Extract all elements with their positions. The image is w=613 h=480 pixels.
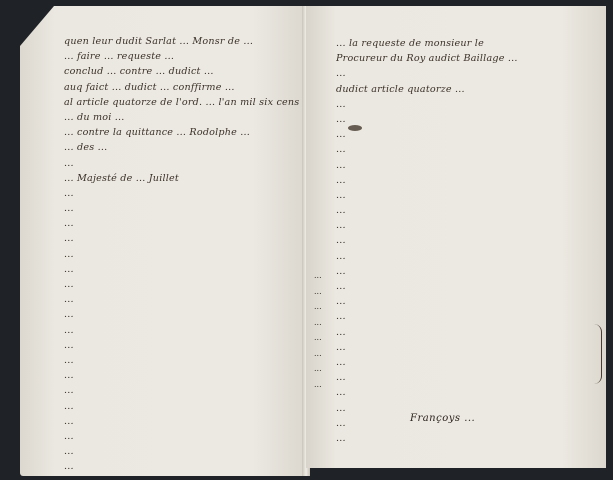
- manuscript-line: ...: [336, 188, 586, 203]
- manuscript-line: ...: [64, 338, 300, 353]
- manuscript-line: ...: [64, 156, 300, 171]
- manuscript-line: Procureur du Roy audict Baillage ...: [336, 51, 586, 66]
- manuscript-line: ...: [336, 112, 586, 127]
- manuscript-line: ...: [336, 249, 586, 264]
- right-page: ... la requeste de monsieur leProcureur …: [306, 6, 606, 468]
- margin-bracket: [593, 324, 602, 384]
- manuscript-line: ...: [64, 414, 300, 429]
- manuscript-line: ... faire ... requeste ...: [64, 49, 300, 64]
- left-page-text: quen leur dudit Sarlat ... Monsr de ....…: [64, 34, 300, 474]
- signature: Françoys ...: [410, 413, 475, 424]
- manuscript-line: ...: [336, 233, 586, 248]
- manuscript-line: ...: [64, 277, 300, 292]
- manuscript-line: ...: [336, 203, 586, 218]
- left-page: quen leur dudit Sarlat ... Monsr de ....…: [20, 6, 310, 476]
- margin-note: ...: [314, 330, 404, 346]
- margin-note: ...: [314, 315, 404, 331]
- margin-notes: ........................: [314, 268, 404, 392]
- manuscript-line: ...: [64, 307, 300, 322]
- manuscript-line: ...: [64, 429, 300, 444]
- manuscript-line: dudict article quatorze ...: [336, 82, 586, 97]
- manuscript-line: ...: [64, 323, 300, 338]
- manuscript-line: ... la requeste de monsieur le: [336, 36, 586, 51]
- manuscript-line: ...: [64, 353, 300, 368]
- manuscript-line: ... Majesté de ... Juillet: [64, 171, 300, 186]
- manuscript-line: ...: [336, 66, 586, 81]
- manuscript-line: ...: [336, 173, 586, 188]
- manuscript-line: ...: [336, 97, 586, 112]
- manuscript-line: ...: [64, 399, 300, 414]
- manuscript-line: ...: [64, 368, 300, 383]
- manuscript-line: ...: [64, 186, 300, 201]
- manuscript-line: ...: [64, 383, 300, 398]
- manuscript-line: auq faict ... dudict ... conffirme ...: [64, 80, 300, 95]
- manuscript-line: ...: [64, 231, 300, 246]
- manuscript-line: ...: [336, 127, 586, 142]
- margin-note: ...: [314, 299, 404, 315]
- manuscript-line: ...: [64, 444, 300, 459]
- manuscript-line: conclud ... contre ... dudict ...: [64, 64, 300, 79]
- manuscript-line: quen leur dudit Sarlat ... Monsr de ...: [64, 34, 300, 49]
- manuscript-line: ...: [336, 158, 586, 173]
- manuscript-line: al article quatorze de l'ord. ... l'an m…: [64, 95, 300, 110]
- ink-stain: [348, 125, 362, 131]
- manuscript-line: ...: [336, 142, 586, 157]
- margin-note: ...: [314, 268, 404, 284]
- manuscript-line: ...: [64, 216, 300, 231]
- manuscript-line: ...: [64, 292, 300, 307]
- margin-note: ...: [314, 284, 404, 300]
- margin-note: ...: [314, 377, 404, 393]
- margin-note: ...: [314, 346, 404, 362]
- manuscript-line: ...: [64, 201, 300, 216]
- manuscript-line: ...: [64, 247, 300, 262]
- manuscript-line: ... contre la quittance ... Rodolphe ...: [64, 125, 300, 140]
- margin-note: ...: [314, 361, 404, 377]
- manuscript-line: ...: [64, 459, 300, 474]
- manuscript-line: ...: [336, 431, 586, 446]
- torn-corner: [20, 6, 54, 46]
- manuscript-line: ... du moi ...: [64, 110, 300, 125]
- manuscript-line: ...: [64, 262, 300, 277]
- manuscript-line: ...: [336, 218, 586, 233]
- manuscript-line: ... des ...: [64, 140, 300, 155]
